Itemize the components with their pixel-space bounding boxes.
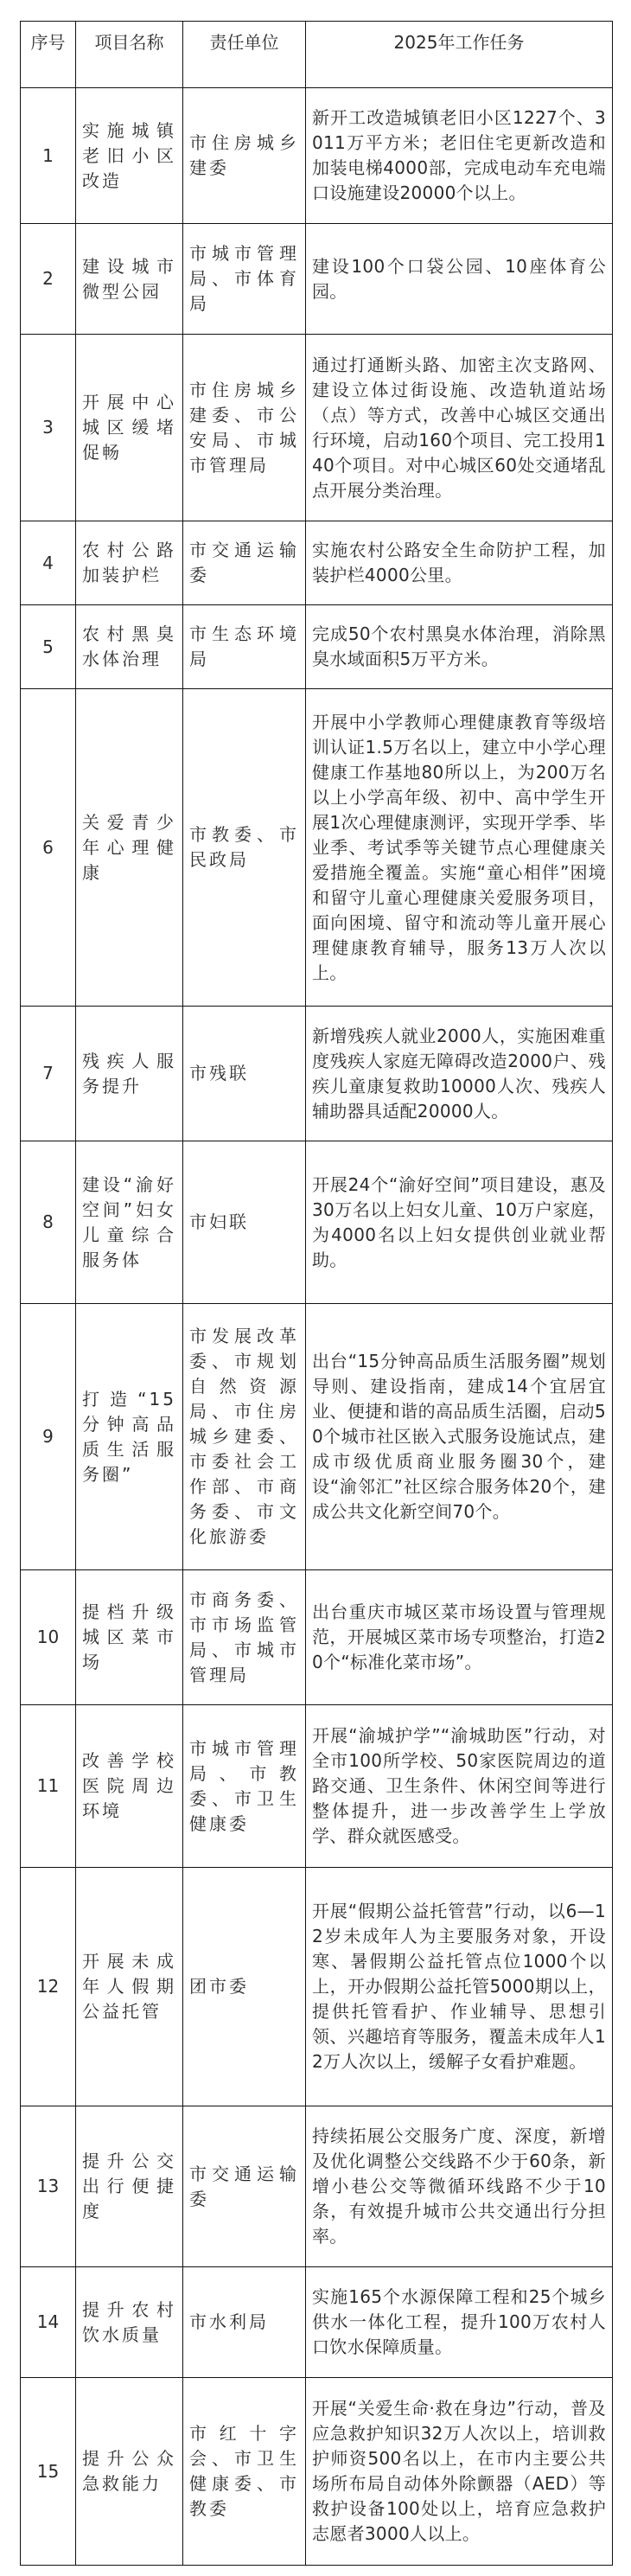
project-name-cell: 关爱青少年心理健康 xyxy=(76,689,183,1007)
serial-number-cell: 12 xyxy=(21,1868,76,2106)
responsible-unit-cell: 团市委 xyxy=(183,1868,306,2106)
work-task-cell: 实施农村公路安全生命防护工程，加装护栏4000公里。 xyxy=(306,521,613,605)
table-row: 3 开展中心城区缓堵促畅 市住房城乡建委、市公安局、市城市管理局 通过打通断头路… xyxy=(21,335,613,521)
serial-number-cell: 15 xyxy=(21,2378,76,2566)
work-task-cell: 出台重庆市城区菜市场设置与管理规范，开展城区菜市场专项整治，打造20个“标准化菜… xyxy=(306,1570,613,1705)
header-responsible-unit: 责任单位 xyxy=(183,22,306,88)
responsible-unit-cell: 市发展改革委、市规划自然资源局、市住房城乡建委、市委社会工作部、市商务委、市文化… xyxy=(183,1304,306,1570)
work-task-cell: 开展中小学教师心理健康教育等级培训认证1.5万名以上，建立中小学心理健康工作基地… xyxy=(306,689,613,1007)
serial-number-cell: 1 xyxy=(21,88,76,224)
table-row: 6 关爱青少年心理健康 市教委、市民政局 开展中小学教师心理健康教育等级培训认证… xyxy=(21,689,613,1007)
responsible-unit-cell: 市城市管理局、市教委、市卫生健康委 xyxy=(183,1705,306,1868)
work-task-cell: 开展“关爱生命·救在身边”行动，普及应急救护知识32万人次以上，培训救护师资50… xyxy=(306,2378,613,2566)
responsible-unit-cell: 市生态环境局 xyxy=(183,605,306,689)
responsible-unit-cell: 市交通运输委 xyxy=(183,521,306,605)
table-row: 2 建设城市微型公园 市城市管理局、市体育局 建设100个口袋公园、10座体育公… xyxy=(21,224,613,335)
work-task-cell: 出台“15分钟高品质生活服务圈”规划导则、建设指南，建成14个宜居宜业、便捷和谐… xyxy=(306,1304,613,1570)
serial-number-cell: 11 xyxy=(21,1705,76,1868)
work-task-cell: 新增残疾人就业2000人，实施困难重度残疾人家庭无障碍改造2000户、残疾儿童康… xyxy=(306,1007,613,1141)
project-name-cell: 改善学校医院周边环境 xyxy=(76,1705,183,1868)
responsible-unit-cell: 市教委、市民政局 xyxy=(183,689,306,1007)
header-serial-number: 序号 xyxy=(21,22,76,88)
project-name-cell: 实施城镇老旧小区改造 xyxy=(76,88,183,224)
serial-number-cell: 13 xyxy=(21,2106,76,2267)
responsible-unit-cell: 市交通运输委 xyxy=(183,2106,306,2267)
table-row: 4 农村公路加装护栏 市交通运输委 实施农村公路安全生命防护工程，加装护栏400… xyxy=(21,521,613,605)
responsible-unit-cell: 市住房城乡建委 xyxy=(183,88,306,224)
project-name-cell: 农村黑臭水体治理 xyxy=(76,605,183,689)
header-project-name: 项目名称 xyxy=(76,22,183,88)
serial-number-cell: 5 xyxy=(21,605,76,689)
table-row: 8 建设“渝好空间”妇女儿童综合服务体 市妇联 开展24个“渝好空间”项目建设，… xyxy=(21,1141,613,1304)
project-name-cell: 开展未成年人假期公益托管 xyxy=(76,1868,183,2106)
serial-number-cell: 9 xyxy=(21,1304,76,1570)
responsible-unit-cell: 市商务委、市市场监管局、市城市管理局 xyxy=(183,1570,306,1705)
project-name-cell: 提档升级城区菜市场 xyxy=(76,1570,183,1705)
serial-number-cell: 14 xyxy=(21,2267,76,2378)
work-task-cell: 开展“渝城护学”“渝城助医”行动，对全市100所学校、50家医院周边的道路交通、… xyxy=(306,1705,613,1868)
work-task-cell: 新开工改造城镇老旧小区1227个、3011万平方米；老旧住宅更新改造和加装电梯4… xyxy=(306,88,613,224)
responsible-unit-cell: 市妇联 xyxy=(183,1141,306,1304)
project-name-cell: 建设“渝好空间”妇女儿童综合服务体 xyxy=(76,1141,183,1304)
responsible-unit-cell: 市住房城乡建委、市公安局、市城市管理局 xyxy=(183,335,306,521)
serial-number-cell: 10 xyxy=(21,1570,76,1705)
serial-number-cell: 7 xyxy=(21,1007,76,1141)
table-row: 9 打造“15分钟高品质生活服务圈” 市发展改革委、市规划自然资源局、市住房城乡… xyxy=(21,1304,613,1570)
table-header-row: 序号 项目名称 责任单位 2025年工作任务 xyxy=(21,22,613,88)
project-name-cell: 开展中心城区缓堵促畅 xyxy=(76,335,183,521)
table-row: 10 提档升级城区菜市场 市商务委、市市场监管局、市城市管理局 出台重庆市城区菜… xyxy=(21,1570,613,1705)
serial-number-cell: 4 xyxy=(21,521,76,605)
work-task-table: 序号 项目名称 责任单位 2025年工作任务 1 实施城镇老旧小区改造 市住房城… xyxy=(20,21,613,2566)
project-name-cell: 提升农村饮水质量 xyxy=(76,2267,183,2378)
serial-number-cell: 8 xyxy=(21,1141,76,1304)
work-task-cell: 建设100个口袋公园、10座体育公园。 xyxy=(306,224,613,335)
header-work-task: 2025年工作任务 xyxy=(306,22,613,88)
table-row: 7 残疾人服务提升 市残联 新增残疾人就业2000人，实施困难重度残疾人家庭无障… xyxy=(21,1007,613,1141)
work-task-cell: 开展24个“渝好空间”项目建设，惠及30万名以上妇女儿童、10万户家庭，为400… xyxy=(306,1141,613,1304)
serial-number-cell: 6 xyxy=(21,689,76,1007)
project-name-cell: 建设城市微型公园 xyxy=(76,224,183,335)
work-task-cell: 开展“假期公益托管营”行动，以6—12岁未成年人为主要服务对象，开设寒、暑假期公… xyxy=(306,1868,613,2106)
work-task-cell: 通过打通断头路、加密主次支路网、建设立体过街设施、改造轨道站场（点）等方式，改善… xyxy=(306,335,613,521)
serial-number-cell: 3 xyxy=(21,335,76,521)
responsible-unit-cell: 市城市管理局、市体育局 xyxy=(183,224,306,335)
work-task-cell: 实施165个水源保障工程和25个城乡供水一体化工程，提升100万农村人口饮水保障… xyxy=(306,2267,613,2378)
table-row: 13 提升公交出行便捷度 市交通运输委 持续拓展公交服务广度、深度，新增及优化调… xyxy=(21,2106,613,2267)
table-row: 15 提升公众急救能力 市红十字会、市卫生健康委、市教委 开展“关爱生命·救在身… xyxy=(21,2378,613,2566)
responsible-unit-cell: 市残联 xyxy=(183,1007,306,1141)
table-row: 11 改善学校医院周边环境 市城市管理局、市教委、市卫生健康委 开展“渝城护学”… xyxy=(21,1705,613,1868)
project-name-cell: 提升公交出行便捷度 xyxy=(76,2106,183,2267)
project-name-cell: 农村公路加装护栏 xyxy=(76,521,183,605)
table-row: 14 提升农村饮水质量 市水利局 实施165个水源保障工程和25个城乡供水一体化… xyxy=(21,2267,613,2378)
work-task-cell: 持续拓展公交服务广度、深度，新增及优化调整公交线路不少于60条，新增小巷公交等微… xyxy=(306,2106,613,2267)
project-name-cell: 提升公众急救能力 xyxy=(76,2378,183,2566)
project-name-cell: 残疾人服务提升 xyxy=(76,1007,183,1141)
work-task-cell: 完成50个农村黑臭水体治理，消除黑臭水域面积5万平方米。 xyxy=(306,605,613,689)
responsible-unit-cell: 市水利局 xyxy=(183,2267,306,2378)
table-row: 5 农村黑臭水体治理 市生态环境局 完成50个农村黑臭水体治理，消除黑臭水域面积… xyxy=(21,605,613,689)
responsible-unit-cell: 市红十字会、市卫生健康委、市教委 xyxy=(183,2378,306,2566)
project-name-cell: 打造“15分钟高品质生活服务圈” xyxy=(76,1304,183,1570)
table-row: 1 实施城镇老旧小区改造 市住房城乡建委 新开工改造城镇老旧小区1227个、30… xyxy=(21,88,613,224)
serial-number-cell: 2 xyxy=(21,224,76,335)
table-row: 12 开展未成年人假期公益托管 团市委 开展“假期公益托管营”行动，以6—12岁… xyxy=(21,1868,613,2106)
